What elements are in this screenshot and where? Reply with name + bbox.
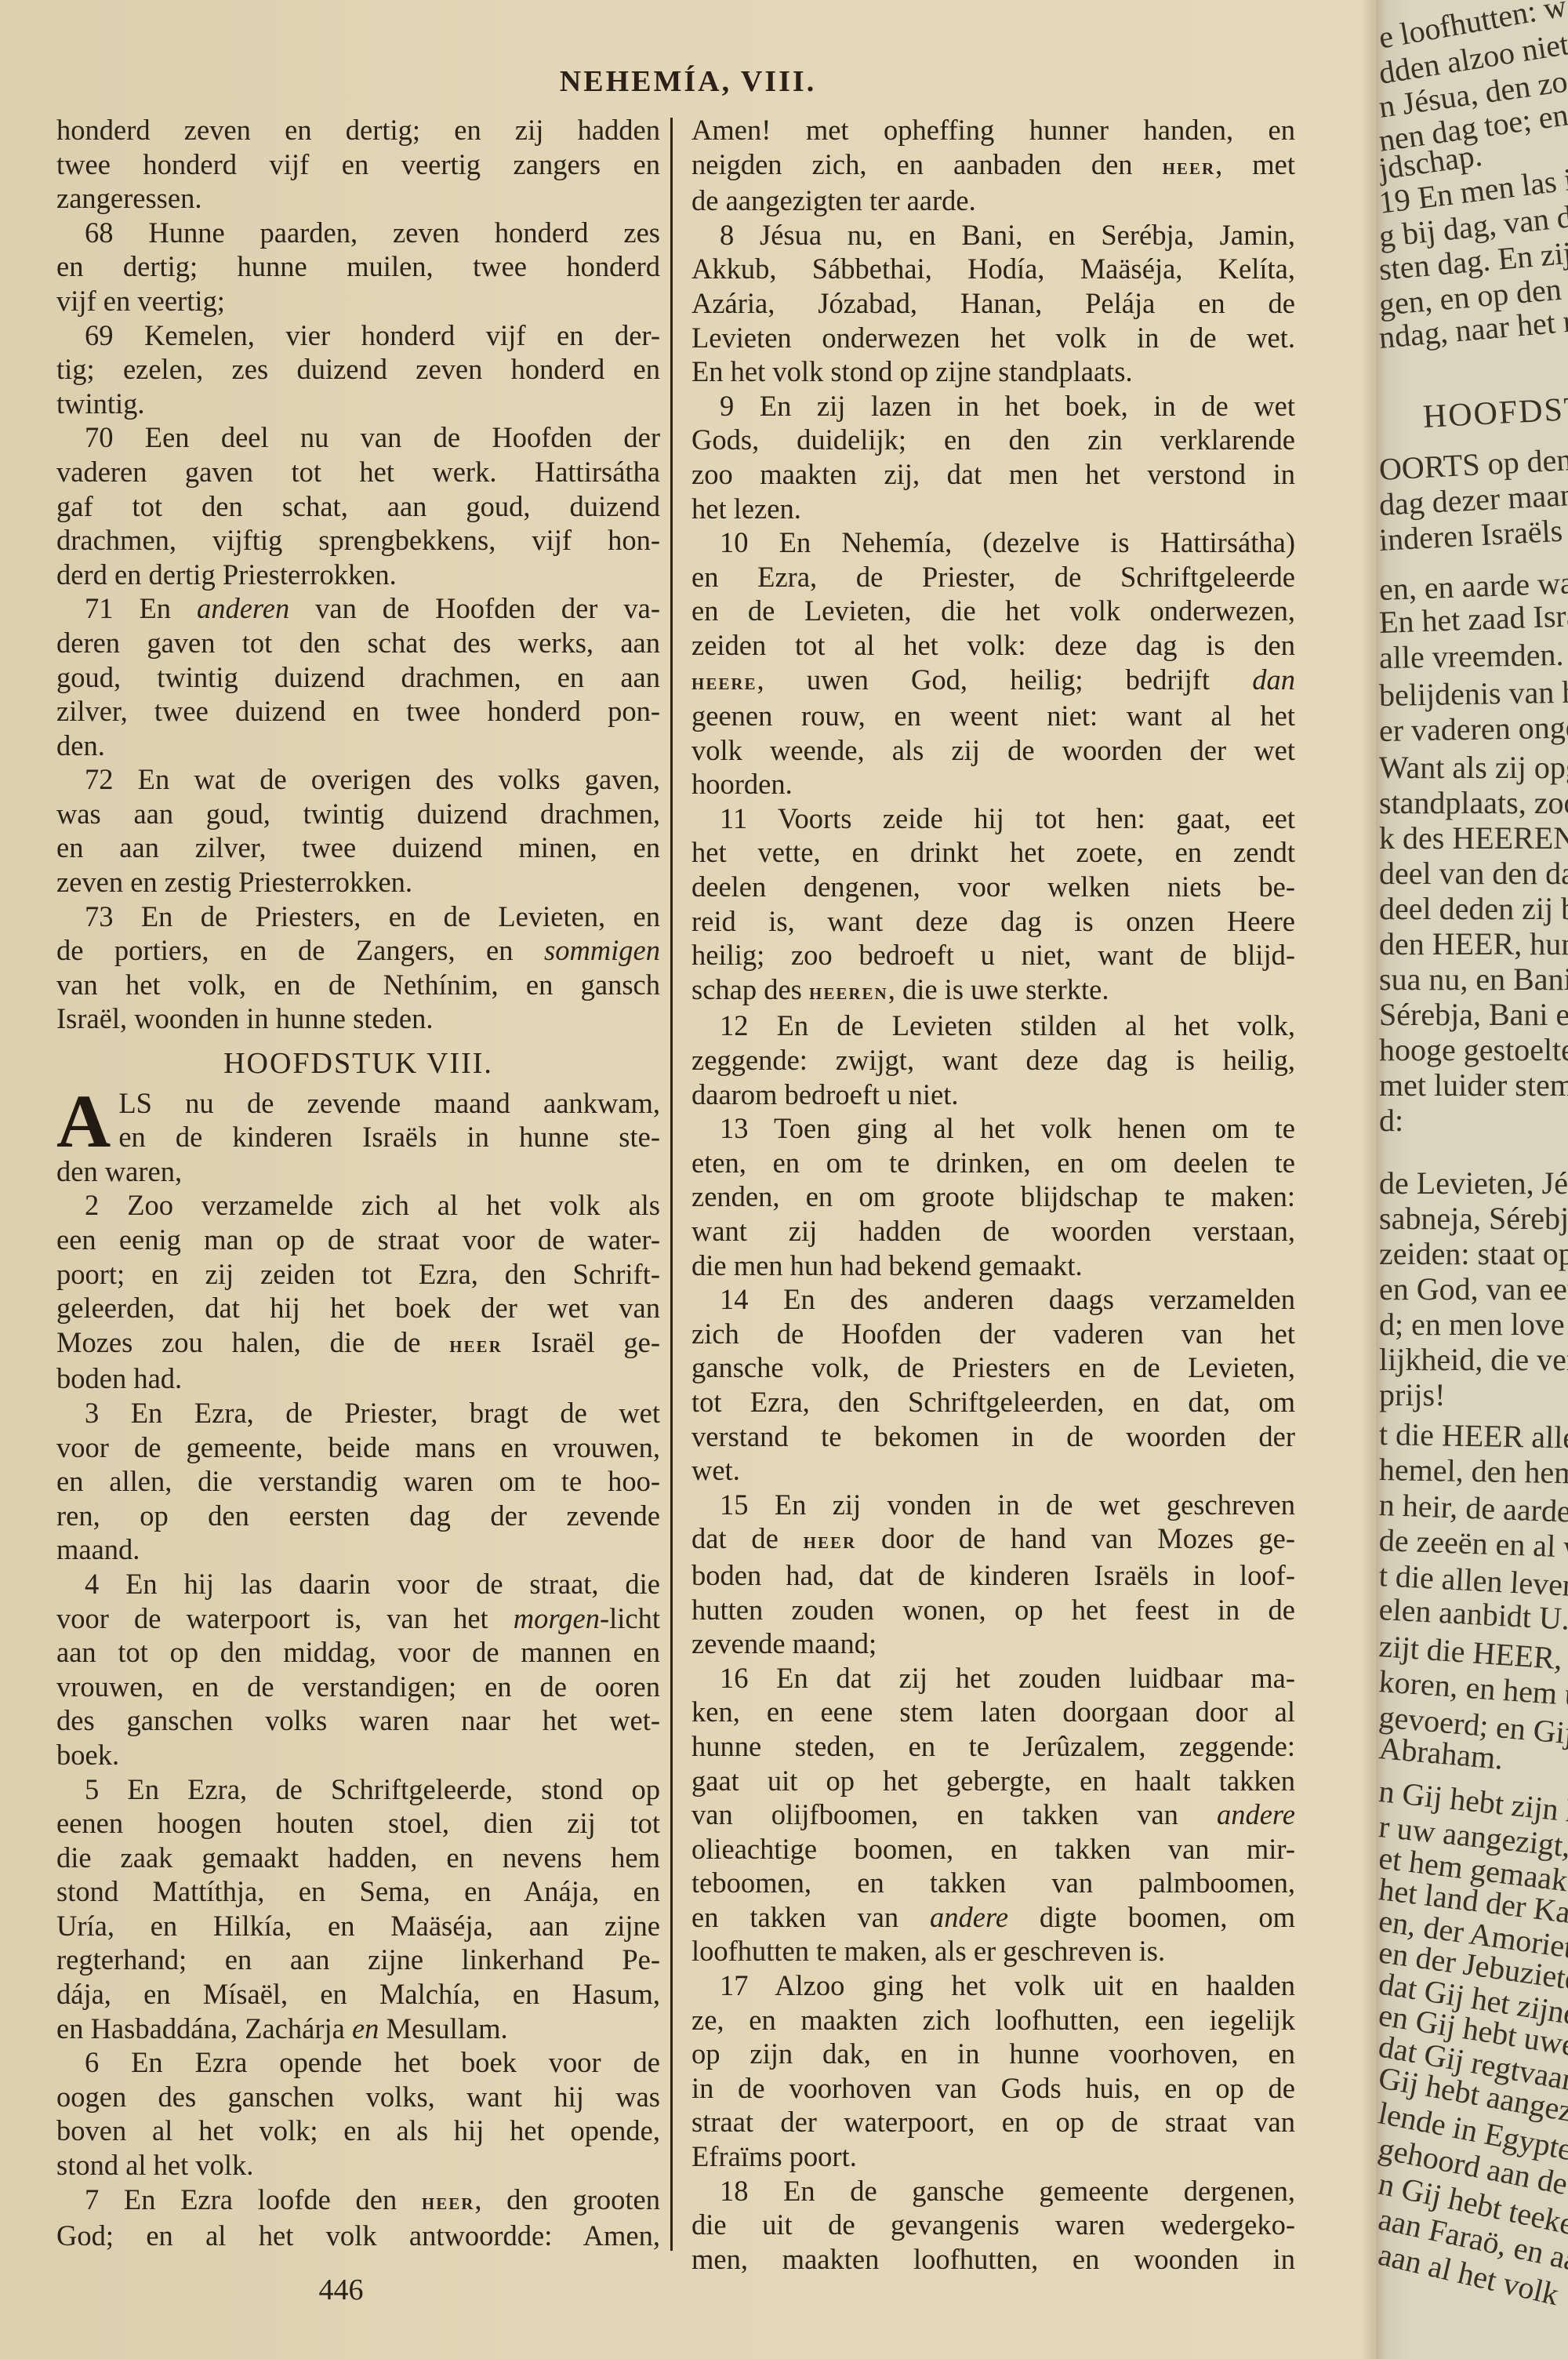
italic-text: sommigen: [544, 934, 660, 966]
text-line: de aangezigten ter aarde.: [691, 184, 1295, 218]
text-line: en de kinderen Israëls in hunne ste-: [56, 1120, 660, 1154]
text-line: ren, op den eersten dag der zevende: [56, 1499, 660, 1533]
chapter-opening: A LS nu de zevende maand aankwam,en de k…: [56, 1086, 660, 1154]
small-caps-text: heer: [1163, 154, 1216, 180]
italic-text: andere: [1217, 1798, 1295, 1830]
next-page-line: de Levieten, Jésua,: [1379, 1165, 1568, 1201]
text-line: gaat uit op het gebergte, en haalt takke…: [691, 1764, 1295, 1798]
text-line: dája, en Mísaël, en Malchía, en Hasum,: [56, 1977, 660, 2012]
left-column-verses-ch7: honderd zeven en dertig; en zij haddentw…: [56, 113, 660, 1036]
italic-text: anderen: [197, 592, 289, 624]
italic-text: morgen: [514, 1602, 600, 1634]
text-line: zenden, en om groote blijdschap te maken…: [691, 1179, 1295, 1214]
column-divider: [670, 118, 673, 2251]
text-line: derd en dertig Priesterrokken.: [56, 558, 660, 592]
text-line: en Ezra, de Priester, de Schriftgeleerde: [691, 560, 1295, 594]
text-line: boek.: [56, 1738, 660, 1772]
text-line: 14 En des anderen daags verzamelden: [691, 1282, 1295, 1317]
text-line: goud, twintig duizend drachmen, en aan: [56, 660, 660, 695]
next-page-line: Want als zij opgesta: [1379, 749, 1568, 786]
small-caps-text: heere: [691, 669, 757, 695]
text-line: tig; ezelen, zes duizend zeven honderd e…: [56, 352, 660, 387]
page-number: 446: [0, 2273, 682, 2307]
text-line: geenen rouw, en weent niet: want al het: [691, 699, 1295, 733]
text-line: Gods, duidelijk; en den zin verklarende: [691, 423, 1295, 457]
text-line: gaf tot den schat, aan goud, duizend: [56, 489, 660, 524]
text-line: zeggende: zwijgt, want deze dag is heili…: [691, 1043, 1295, 1078]
text-line: Mozes zou halen, die de heer Israël ge-: [56, 1325, 660, 1362]
next-page-line: t die HEER alleen,: [1379, 1416, 1568, 1456]
next-page-line: prijs!: [1379, 1376, 1445, 1413]
text-line: en dertig; hunne muilen, twee honderd: [56, 249, 660, 284]
text-line: heere, uwen God, heilig; bedrijft dan: [691, 663, 1295, 700]
text-line: 17 Alzoo ging het volk uit en haalden: [691, 1968, 1295, 2003]
text-line: 8 Jésua nu, en Bani, en Serébja, Jamin,: [691, 218, 1295, 253]
text-line: 6 En Ezra opende het boek voor de: [56, 2045, 660, 2080]
drop-cap: A: [56, 1091, 111, 1152]
next-page-line: hemel, den hemel d: [1379, 1451, 1568, 1492]
next-page-line: er vaderen ongeregtig: [1379, 707, 1568, 749]
text-line: want zij hadden de woorden verstaan,: [691, 1214, 1295, 1249]
text-line: heilig; zoo bedroeft u niet, want de bli…: [691, 938, 1295, 972]
text-line: verstand te bekomen in de woorden der: [691, 1419, 1295, 1454]
text-line: twee honderd vijf en veertig zangers en: [56, 147, 660, 182]
small-caps-text: heer: [449, 1332, 503, 1358]
text-line: geleerden, dat hij het boek der wet van: [56, 1291, 660, 1325]
text-line: zoo maakten zij, dat men het verstond in: [691, 457, 1295, 492]
text-line: op zijn dak, en in hunne voorhoven, en: [691, 2037, 1295, 2071]
text-line: LS nu de zevende maand aankwam,: [56, 1086, 660, 1121]
text-line: reid is, want deze dag is onzen Heere: [691, 904, 1295, 939]
text-line: was aan goud, twintig duizend drachmen,: [56, 797, 660, 831]
text-line: 10 En Nehemía, (dezelve is Hattirsátha): [691, 525, 1295, 560]
text-line: den waren,: [56, 1154, 660, 1189]
next-page-line: hooge gestoelte der: [1379, 1031, 1568, 1068]
text-line: 4 En hij las daarin voor de straat, die: [56, 1567, 660, 1601]
text-line: honderd zeven en dertig; en zij hadden: [56, 113, 660, 147]
text-line: men, maakten loofhutten, en woonden in: [691, 2242, 1295, 2277]
book-page-left: NEHEMÍA, VIII. honderd zeven en dertig; …: [0, 0, 1376, 2359]
text-line: ze, en maakten zich loofhutten, een iege…: [691, 2003, 1295, 2037]
text-line: deren gaven tot den schat des werks, aan: [56, 626, 660, 660]
text-line: daarom bedroeft u niet.: [691, 1078, 1295, 1112]
next-page-line: sua nu, en Bani, Kad: [1379, 961, 1568, 998]
text-line: 73 En de Priesters, en de Levieten, en: [56, 900, 660, 934]
text-line: en Hasbaddána, Zachárja en Mesullam.: [56, 2012, 660, 2046]
next-page-line: deel deden zij belijd: [1379, 890, 1568, 927]
text-line: olieachtige boomen, en takken van mir-: [691, 1832, 1295, 1866]
text-line: Akkub, Sábbethai, Hodía, Maäséja, Kelíta…: [691, 252, 1295, 286]
text-line: regterhand; en aan zijne linkerhand Pe-: [56, 1943, 660, 1977]
italic-text: andere: [930, 1901, 1008, 1933]
next-page-line: met luider stem tot de: [1379, 1067, 1568, 1103]
text-line: 12 En de Levieten stilden al het volk,: [691, 1009, 1295, 1043]
small-caps-text: heeren: [809, 979, 888, 1005]
next-page-line: Sérebja, Bani en Che: [1379, 996, 1568, 1033]
text-line: dat de heer door de hand van Mozes ge-: [691, 1521, 1295, 1558]
text-line: 2 Zoo verzamelde zich al het volk als: [56, 1188, 660, 1223]
text-line: straat der waterpoort, en op de straat v…: [691, 2105, 1295, 2139]
text-line: twintig.: [56, 387, 660, 421]
right-column: Amen! met opheffing hunner handen, ennei…: [691, 113, 1295, 2276]
text-line: en de Levieten, die het volk onderwezen,: [691, 594, 1295, 628]
left-column-verses-ch8: den waren,2 Zoo verzamelde zich al het v…: [56, 1154, 660, 2253]
text-line: hunne steden, en te Jerûzalem, zeggende:: [691, 1729, 1295, 1764]
book-page-right-fragment: e loofhutten: want dedden alzoo niet ged…: [1376, 0, 1568, 2359]
next-page-line: d:: [1379, 1102, 1403, 1139]
text-line: 5 En Ezra, de Schriftgeleerde, stond op: [56, 1772, 660, 1807]
text-line: wet.: [691, 1453, 1295, 1488]
text-line: oogen des ganschen volks, want hij was: [56, 2080, 660, 2114]
text-line: 16 En dat zij het zouden luidbaar ma-: [691, 1661, 1295, 1696]
text-line: 70 Een deel nu van de Hoofden der: [56, 420, 660, 455]
text-line: het vette, en drinkt het zoete, en zendt: [691, 835, 1295, 870]
right-column-verses: Amen! met opheffing hunner handen, ennei…: [691, 113, 1295, 2276]
text-line: 18 En de gansche gemeente dergenen,: [691, 2174, 1295, 2208]
text-line: poort; en zij zeiden tot Ezra, den Schri…: [56, 1257, 660, 1292]
text-line: Azária, Józabad, Hanan, Pelája en de: [691, 286, 1295, 321]
text-line: die uit de gevangenis waren wedergeko-: [691, 2208, 1295, 2242]
text-line: hutten zouden wonen, op het feest in de: [691, 1593, 1295, 1627]
text-line: 9 En zij lazen in het boek, in de wet: [691, 389, 1295, 423]
text-line: Levieten onderwezen het volk in de wet.: [691, 321, 1295, 355]
next-page-line: alle vreemden. En z: [1379, 634, 1568, 676]
text-line: Amen! met opheffing hunner handen, en: [691, 113, 1295, 147]
text-line: des ganschen volks waren naar het wet-: [56, 1703, 660, 1738]
text-line: eten, en om te drinken, en om deelen te: [691, 1146, 1295, 1180]
left-column: honderd zeven en dertig; en zij haddentw…: [56, 113, 660, 2253]
text-line: zeiden tot al het volk: deze dag is den: [691, 628, 1295, 663]
next-page-line: k des HEEREN, hu: [1379, 820, 1568, 856]
text-line: 11 Voorts zeide hij tot hen: gaat, eet: [691, 801, 1295, 836]
text-line: Israël, woonden in hunne steden.: [56, 1001, 660, 1036]
next-page-line: d; en men love: [1379, 1306, 1565, 1343]
text-line: tot Ezra, den Schriftgeleerden, en dat, …: [691, 1385, 1295, 1419]
text-line: vijf en veertig;: [56, 284, 660, 318]
small-caps-text: heer: [422, 2189, 475, 2215]
running-head: NEHEMÍA, VIII.: [0, 64, 1376, 99]
text-line: eenen hoogen houten stoel, dien zij tot: [56, 1806, 660, 1841]
text-line: zevende maand;: [691, 1627, 1295, 1661]
text-line: zeven en zestig Priesterrokken.: [56, 865, 660, 900]
text-line: 3 En Ezra, de Priester, bragt de wet: [56, 1396, 660, 1430]
italic-text: en: [352, 2012, 379, 2045]
text-line: den.: [56, 729, 660, 763]
drop-cap-lines: LS nu de zevende maand aankwam,en de kin…: [56, 1086, 660, 1154]
text-line: 72 En wat de overigen des volks gaven,: [56, 762, 660, 797]
text-line: volk weende, als zij de woorden der wet: [691, 733, 1295, 768]
next-page-line: den HEER, hunnen Go: [1379, 925, 1568, 962]
next-page-line: en God, van eeuwi: [1379, 1270, 1568, 1307]
text-line: En het volk stond op zijne standplaats.: [691, 354, 1295, 389]
next-page-line: deel van den dag; en: [1379, 855, 1568, 892]
italic-text: dan: [1252, 663, 1295, 696]
next-page-line: lijkheid, die verhoo: [1379, 1341, 1568, 1378]
text-line: stond al het volk.: [56, 2148, 660, 2183]
next-page-line: sabneja, Sérebja, Ho: [1379, 1200, 1568, 1237]
text-line: stond Mattíthja, en Sema, en Anája, en: [56, 1874, 660, 1909]
text-line: en allen, die verstandig waren om te hoo…: [56, 1464, 660, 1499]
text-line: ken, en eene stem laten doorgaan door al: [691, 1695, 1295, 1729]
text-line: die men hun had bekend gemaakt.: [691, 1249, 1295, 1283]
text-line: de portiers, en de Zangers, en sommigen: [56, 933, 660, 968]
text-line: hoorden.: [691, 767, 1295, 801]
text-line: 69 Kemelen, vier honderd vijf en der-: [56, 318, 660, 353]
text-line: deelen dengenen, voor welken niets be-: [691, 870, 1295, 904]
text-line: maand.: [56, 1532, 660, 1567]
text-line: een eenig man op de straat voor de water…: [56, 1223, 660, 1257]
text-line: vrouwen, en de verstandigen; en de ooren: [56, 1670, 660, 1704]
text-line: en takken van andere digte boomen, om: [691, 1900, 1295, 1935]
text-line: neigden zich, en aanbaden den heer, met: [691, 147, 1295, 184]
small-caps-text: heer: [804, 1528, 857, 1554]
text-line: voor de waterpoort is, van het morgen-li…: [56, 1601, 660, 1636]
next-page-line: standplaats, zoo laz: [1379, 784, 1568, 821]
text-line: boden had, dat de kinderen Israëls in lo…: [691, 1558, 1295, 1593]
next-page-line: belijdenis van hun: [1379, 673, 1568, 714]
text-line: vaderen gaven tot het werk. Hattirsátha: [56, 455, 660, 489]
text-line: teboomen, en takken van palmboomen,: [691, 1866, 1295, 1900]
text-line: Uría, en Hilkía, en Maäséja, aan zijne: [56, 1909, 660, 1943]
chapter-heading: HOOFDSTUK VIII.: [56, 1047, 660, 1081]
text-line: boven al het volk; en als hij het opende…: [56, 2114, 660, 2148]
text-line: van het volk, en de Nethínim, en gansch: [56, 968, 660, 1002]
text-line: boden had.: [56, 1361, 660, 1396]
text-line: drachmen, vijftig sprengbekkens, vijf ho…: [56, 523, 660, 558]
text-line: 15 En zij vonden in de wet geschreven: [691, 1488, 1295, 1522]
text-line: zich de Hoofden der vaderen van het: [691, 1317, 1295, 1351]
text-line: loofhutten te maken, als er geschreven i…: [691, 1934, 1295, 1968]
text-line: van olijfboomen, en takken van andere: [691, 1797, 1295, 1832]
text-line: aan tot op den middag, voor de mannen en: [56, 1635, 660, 1670]
text-line: en aan zilver, twee duizend minen, en: [56, 831, 660, 865]
text-line: schap des heeren, die is uwe sterkte.: [691, 972, 1295, 1009]
text-line: 7 En Ezra loofde den heer, den grooten: [56, 2183, 660, 2219]
text-line: Efraïms poort.: [691, 2139, 1295, 2174]
text-line: die zaak gemaakt hadden, en nevens hem: [56, 1841, 660, 1875]
next-page-heading: HOOFDSTUK: [1422, 387, 1568, 436]
text-line: gansche volk, de Priesters en de Leviete…: [691, 1350, 1295, 1385]
next-page-line: zeiden: staat op: [1379, 1235, 1568, 1272]
text-line: het lezen.: [691, 492, 1295, 526]
text-line: God; en al het volk antwoordde: Amen,: [56, 2219, 660, 2253]
text-line: voor de gemeente, beide mans en vrouwen,: [56, 1430, 660, 1465]
text-line: 68 Hunne paarden, zeven honderd zes: [56, 216, 660, 250]
text-line: 13 Toen ging al het volk henen om te: [691, 1111, 1295, 1146]
text-line: 71 En anderen van de Hoofden der va-: [56, 591, 660, 626]
text-line: in de voorhoven van Gods huis, en op de: [691, 2071, 1295, 2106]
text-line: zangeressen.: [56, 181, 660, 216]
text-line: zilver, twee duizend en twee honderd pon…: [56, 694, 660, 729]
